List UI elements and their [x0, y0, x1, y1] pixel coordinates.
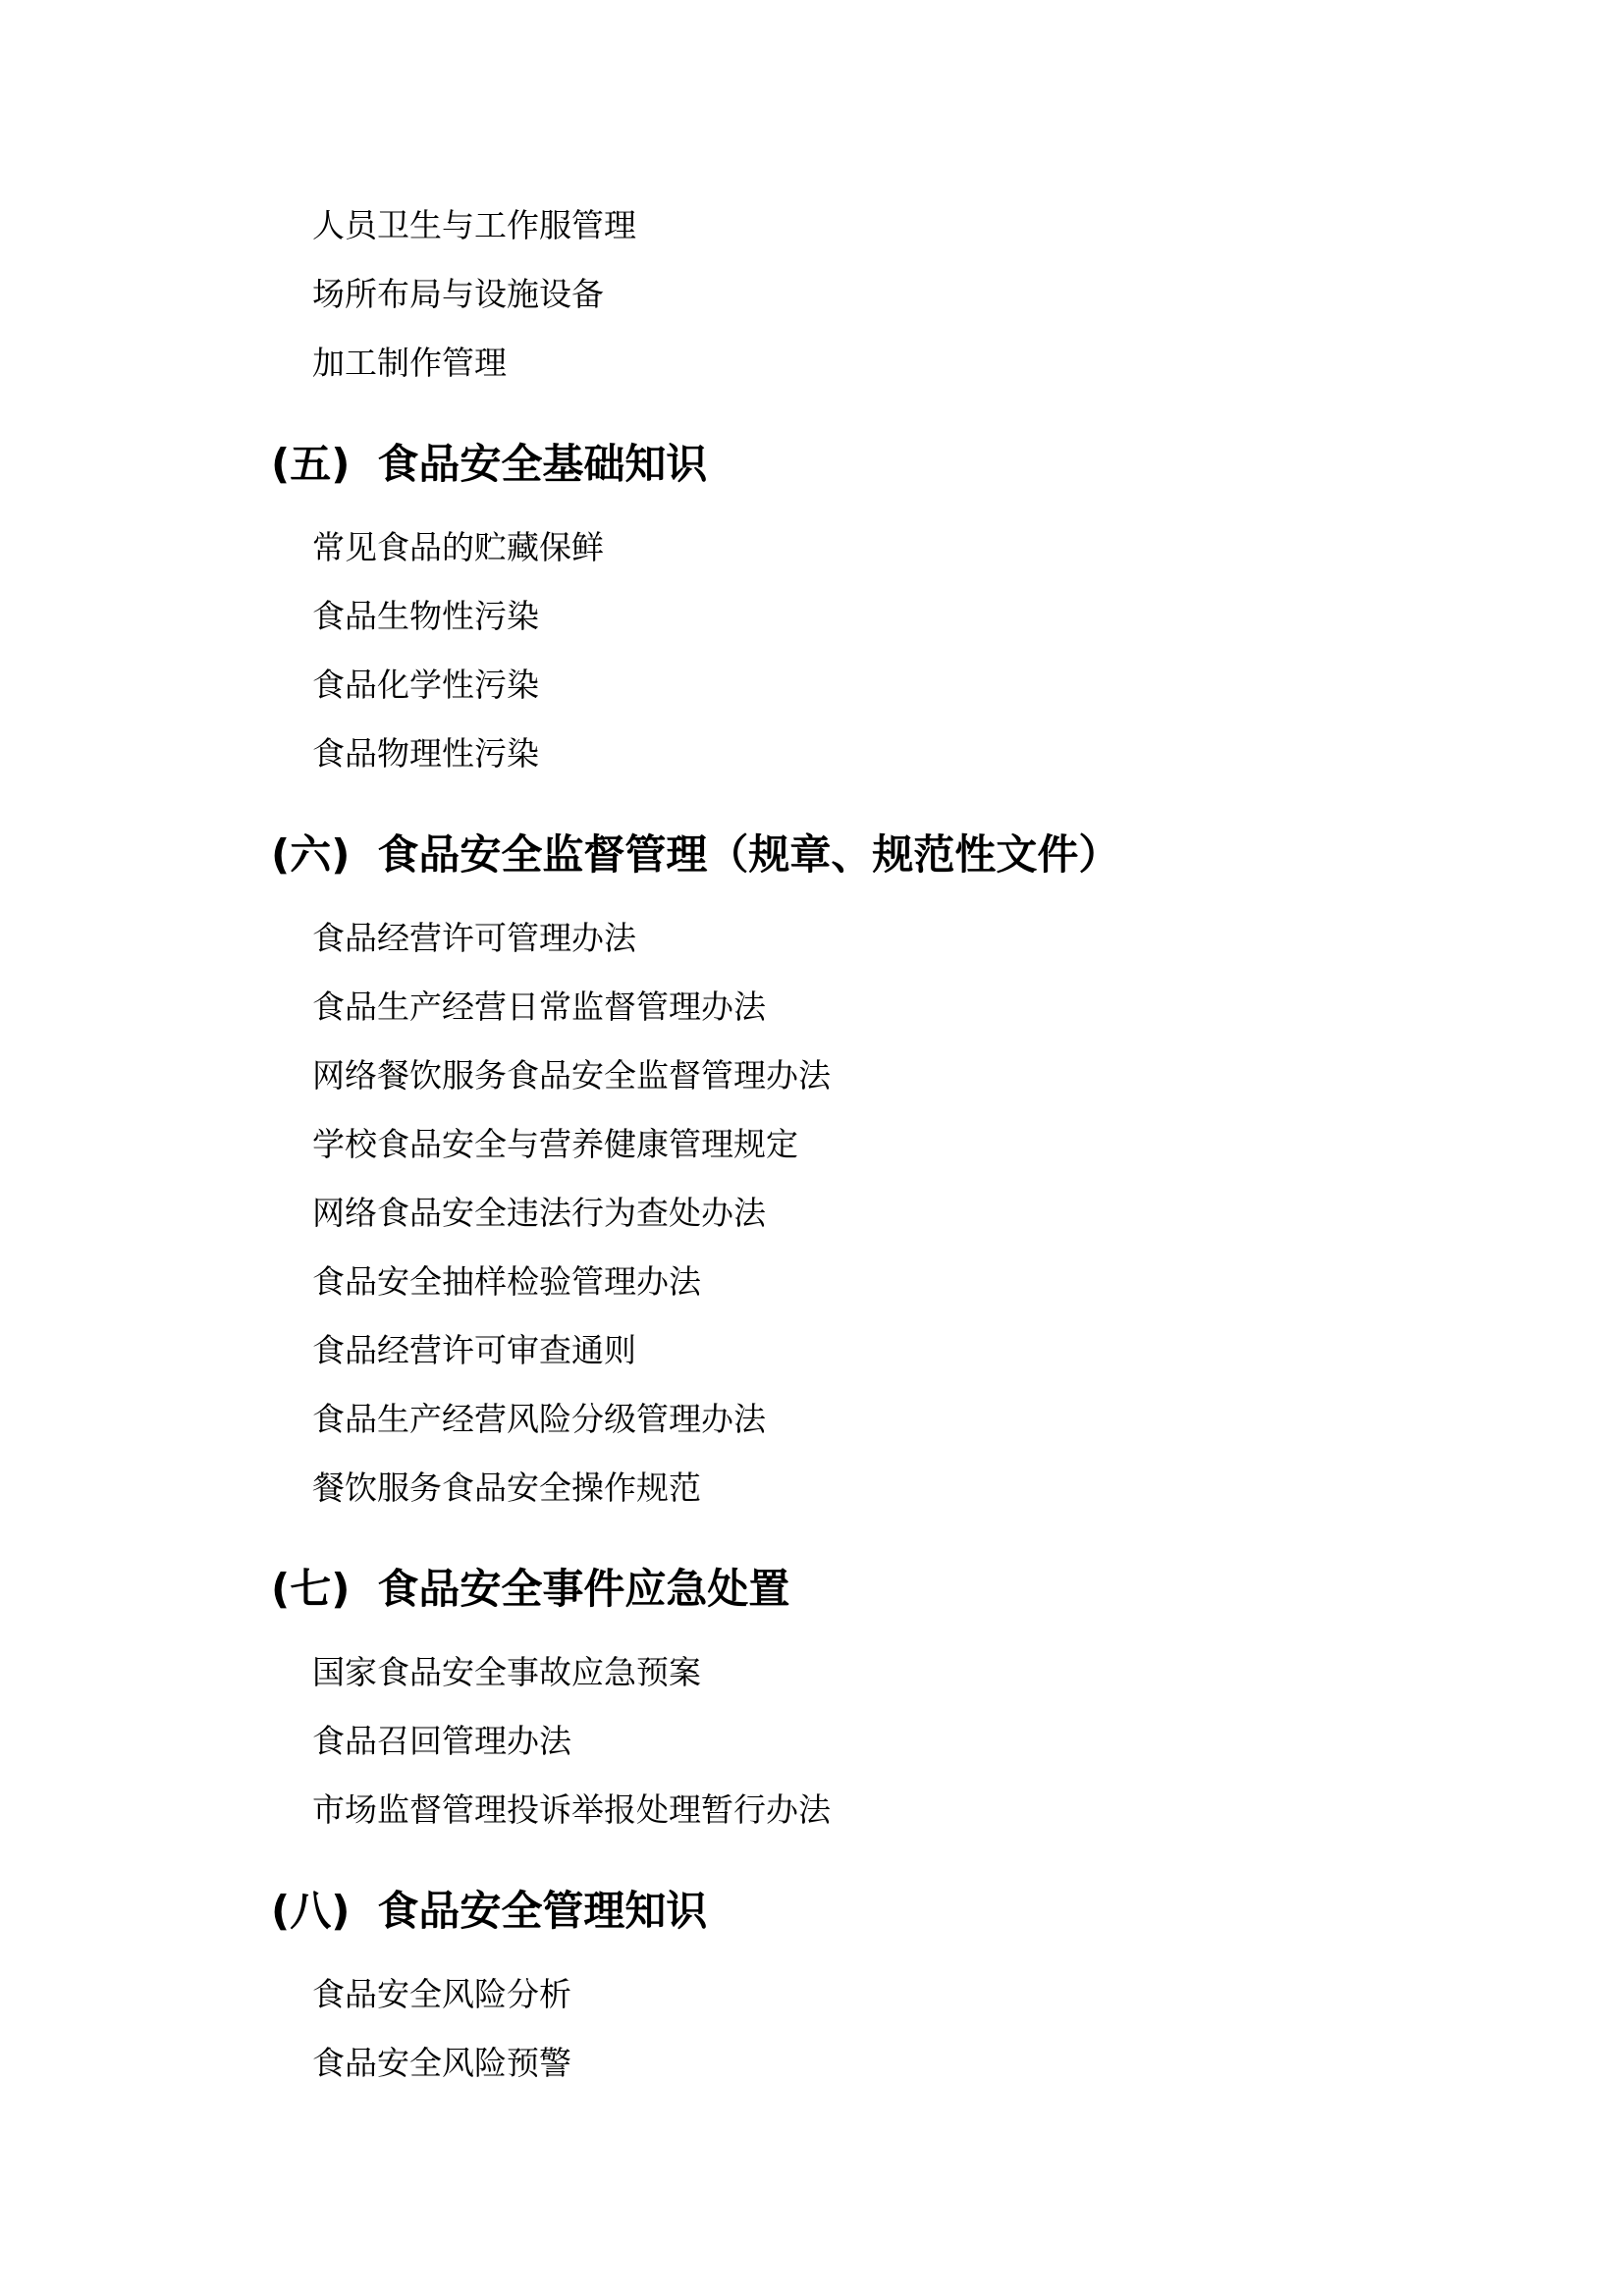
toc-section: (七)食品安全事件应急处置 国家食品安全事故应急预案食品召回管理办法市场监督管理… — [0, 1555, 1624, 1845]
toc-section: (五)食品安全基础知识 常见食品的贮藏保鲜食品生物性污染食品化学性污染食品物理性… — [0, 430, 1624, 789]
section-heading: (五)食品安全基础知识 — [0, 430, 1624, 499]
section-heading: (七)食品安全事件应急处置 — [0, 1555, 1624, 1624]
list-item: 食品经营许可审查通则 — [312, 1317, 1624, 1386]
section-number: (五) — [271, 440, 350, 488]
toc-section: (八)食品安全管理知识 食品安全风险分析食品安全风险预警 — [0, 1877, 1624, 2099]
section-title: 食品安全基础知识 — [377, 440, 707, 488]
list-item: 食品生产经营风险分级管理办法 — [312, 1386, 1624, 1455]
section-number: (七) — [271, 1565, 350, 1613]
list-item: 市场监督管理投诉举报处理暂行办法 — [312, 1777, 1624, 1845]
list-item: 食品经营许可管理办法 — [312, 905, 1624, 974]
section-heading: (六)食品安全监督管理（规章、规范性文件） — [0, 821, 1624, 889]
section-item-list: 常见食品的贮藏保鲜食品生物性污染食品化学性污染食品物理性污染 — [0, 514, 1624, 789]
section-item-list: 食品经营许可管理办法食品生产经营日常监督管理办法网络餐饮服务食品安全监督管理办法… — [0, 905, 1624, 1523]
list-item: 网络餐饮服务食品安全监督管理办法 — [312, 1042, 1624, 1111]
sections-container: (五)食品安全基础知识 常见食品的贮藏保鲜食品生物性污染食品化学性污染食品物理性… — [0, 430, 1624, 2099]
section-heading: (八)食品安全管理知识 — [0, 1877, 1624, 1946]
toc-section: (六)食品安全监督管理（规章、规范性文件） 食品经营许可管理办法食品生产经营日常… — [0, 821, 1624, 1523]
list-item: 食品安全风险预警 — [312, 2030, 1624, 2099]
list-item: 食品召回管理办法 — [312, 1708, 1624, 1777]
list-item: 食品安全抽样检验管理办法 — [312, 1249, 1624, 1317]
section-title: 食品安全管理知识 — [377, 1887, 707, 1935]
section-title: 食品安全监督管理（规章、规范性文件） — [377, 830, 1119, 879]
toc-content: 人员卫生与工作服管理场所布局与设施设备加工制作管理 (五)食品安全基础知识 常见… — [0, 0, 1624, 2099]
list-item: 食品生产经营日常监督管理办法 — [312, 974, 1624, 1042]
section-item-list: 国家食品安全事故应急预案食品召回管理办法市场监督管理投诉举报处理暂行办法 — [0, 1639, 1624, 1845]
leading-item-list: 人员卫生与工作服管理场所布局与设施设备加工制作管理 — [0, 192, 1624, 399]
document-page: 人员卫生与工作服管理场所布局与设施设备加工制作管理 (五)食品安全基础知识 常见… — [0, 0, 1624, 2296]
section-number: (八) — [271, 1887, 350, 1935]
list-item: 常见食品的贮藏保鲜 — [312, 514, 1624, 583]
list-item: 人员卫生与工作服管理 — [312, 192, 1624, 261]
list-item: 场所布局与设施设备 — [312, 261, 1624, 330]
list-item: 食品安全风险分析 — [312, 1961, 1624, 2030]
section-item-list: 食品安全风险分析食品安全风险预警 — [0, 1961, 1624, 2099]
list-item: 食品物理性污染 — [312, 721, 1624, 789]
list-item: 加工制作管理 — [312, 330, 1624, 399]
list-item: 国家食品安全事故应急预案 — [312, 1639, 1624, 1708]
section-title: 食品安全事件应急处置 — [377, 1565, 789, 1613]
section-number: (六) — [271, 830, 350, 879]
list-item: 学校食品安全与营养健康管理规定 — [312, 1111, 1624, 1180]
list-item: 食品生物性污染 — [312, 583, 1624, 652]
list-item: 食品化学性污染 — [312, 652, 1624, 721]
list-item: 网络食品安全违法行为查处办法 — [312, 1180, 1624, 1249]
list-item: 餐饮服务食品安全操作规范 — [312, 1455, 1624, 1523]
